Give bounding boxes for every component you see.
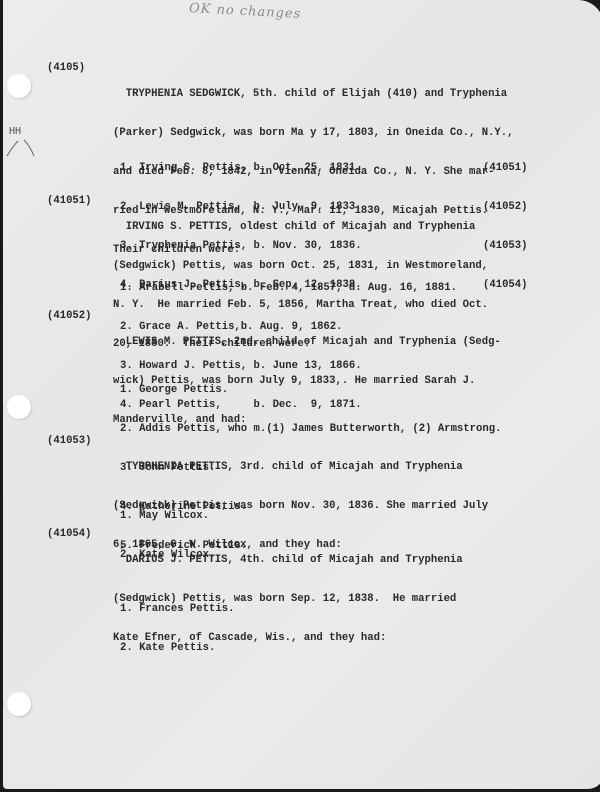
child-text: 1. Irving S. Pettis, b. Oct. 25, 1831. [120, 162, 362, 174]
punch-hole [7, 395, 31, 419]
children-list: 1. Frances Pettis. 2. Kate Pettis. [120, 577, 234, 681]
child-item: 1. Irving S. Pettis, b. Oct. 25, 1831.(4… [120, 162, 362, 175]
punch-hole [7, 74, 31, 98]
entry-line: TYRPHENIA PETTIS, 3rd. child of Micajah … [113, 461, 563, 474]
entry-id: (4105) [47, 62, 85, 75]
margin-caret-icon [5, 138, 35, 158]
entry-id: (41052) [47, 310, 92, 323]
entry-id: (41051) [47, 195, 92, 208]
document-page: OK no changes HH (4105) TRYPHENIA SEDGWI… [3, 0, 604, 789]
child-item: 1. George Pettis. [120, 384, 501, 397]
entry-line: LEWIS M. PETTIS, 2nd. child of Micajah a… [113, 336, 563, 349]
entry-id: (41054) [47, 528, 92, 541]
child-ref: (41051) [483, 162, 528, 175]
entry-line: DARIUS J. PETTIS, 4th. child of Micajah … [113, 554, 563, 567]
child-item: 2. Kate Pettis. [120, 642, 234, 655]
child-item: 1. Arabell Pettis, b. Feb. 4, 1857, d. A… [120, 282, 457, 295]
margin-mark: HH [9, 126, 21, 137]
entry-line: TRYPHENIA SEDGWICK, 5th. child of Elijah… [113, 88, 563, 101]
handwritten-note: OK no changes [189, 1, 302, 22]
entry-line: IRVING S. PETTIS, oldest child of Micaja… [113, 221, 563, 234]
child-item: 1. Frances Pettis. [120, 603, 234, 616]
child-item: 1. May Wilcox. [120, 510, 215, 523]
scan-border [600, 0, 612, 792]
entry-id: (41053) [47, 435, 92, 448]
punch-hole [7, 692, 31, 716]
